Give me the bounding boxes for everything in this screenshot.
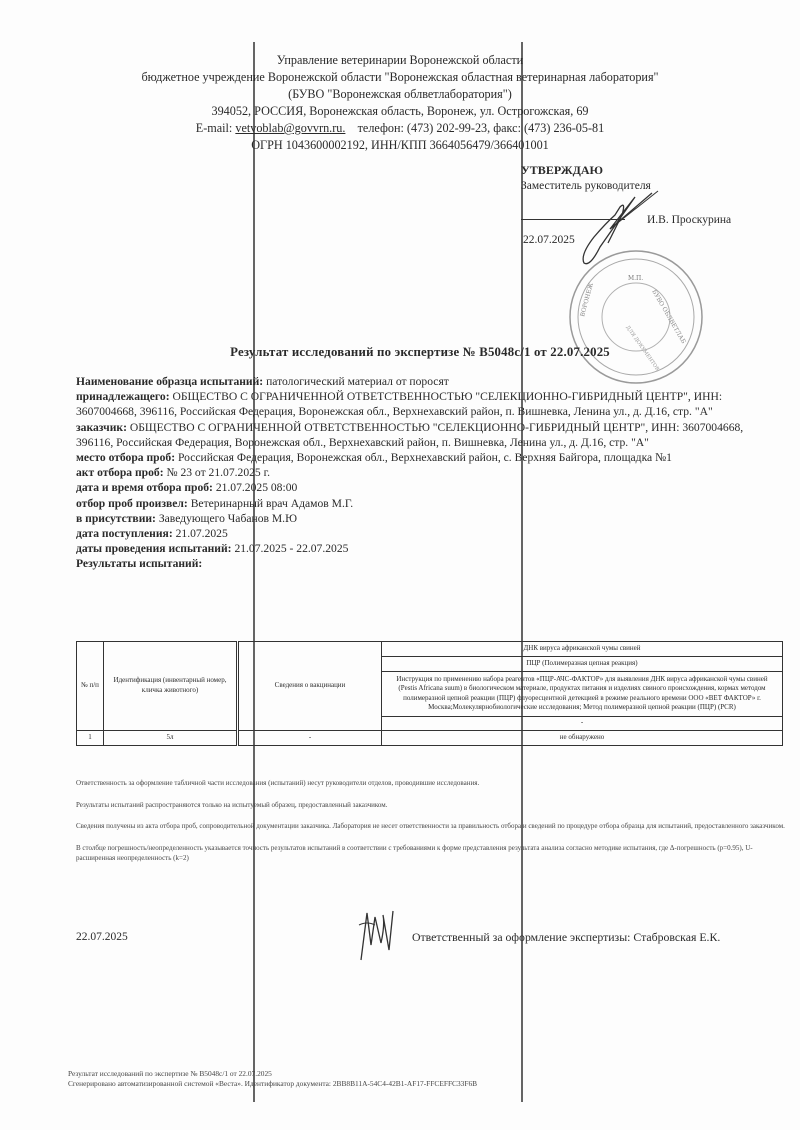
org-header: Управление ветеринарии Воронежской облас…	[0, 52, 800, 154]
phone-fax: телефон: (473) 202-99-23, факс: (473) 23…	[358, 121, 605, 135]
cell-identification: 5л	[104, 730, 238, 745]
header-line-1: Управление ветеринарии Воронежской облас…	[0, 52, 800, 69]
col-header-identification: Идентификация (инвентарный номер, кличка…	[104, 642, 238, 731]
col-header-norm: -	[382, 716, 783, 730]
email-link[interactable]: vetvoblab@govvrn.ru.	[235, 121, 345, 135]
header-line-2: бюджетное учреждение Воронежской области…	[0, 69, 800, 86]
responsible-person: Ответственный за оформление экспертизы: …	[412, 930, 720, 945]
note-2: Результаты испытаний распространяются то…	[76, 800, 786, 811]
approval-date: 22.07.2025	[523, 232, 575, 248]
header-address: 394052, РОССИЯ, Воронежская область, Вор…	[0, 103, 800, 120]
header-registration: ОГРН 1043600002192, ИНН/КПП 3664056479/3…	[0, 137, 800, 154]
footer-doc-id: Сгенерировано автоматизированной системо…	[68, 1079, 477, 1089]
col-header-number: № п/п	[77, 642, 104, 731]
field-received-date: дата поступления: 21.07.2025	[76, 526, 776, 541]
field-test-dates: даты проведения испытаний: 21.07.2025 - …	[76, 541, 776, 556]
table-header-row: № п/п Идентификация (инвентарный номер, …	[77, 642, 783, 657]
cell-number: 1	[77, 730, 104, 745]
seal-stamp-icon: М.П. БУВО ОБЛВЕТЛАБ ВОРОНЕЖ ДЛЯ ДОКУМЕНТ…	[566, 247, 706, 387]
field-sampling-place: место отбора проб: Российская Федерация,…	[76, 450, 776, 465]
table-row: 1 5л - не обнаружено	[77, 730, 783, 745]
footer-date: 22.07.2025	[76, 931, 128, 943]
col-header-method-short: ПЦР (Полимеразная цепная реакция)	[382, 657, 783, 672]
field-customer: заказчик: ОБЩЕСТВО С ОГРАНИЧЕННОЙ ОТВЕТС…	[76, 420, 776, 450]
col-header-test-name: ДНК вируса африканской чумы свиней	[382, 642, 783, 657]
field-sampling-act: акт отбора проб: № 23 от 21.07.2025 г.	[76, 465, 776, 480]
footer-doc-ref: Результат исследований по экспертизе № В…	[68, 1069, 477, 1079]
scan-line-left	[253, 42, 255, 1102]
header-contacts: E-mail: vetvoblab@govvrn.ru. телефон: (4…	[0, 120, 800, 137]
field-sample-name: Наименование образца испытаний: патологи…	[76, 374, 776, 389]
field-presence: в присутствии: Заведующего Чабанов М.Ю	[76, 511, 776, 526]
email-label: E-mail:	[196, 121, 233, 135]
svg-text:М.П.: М.П.	[628, 275, 643, 282]
notes-block: Ответственность за оформление табличной …	[76, 778, 786, 864]
field-results-heading: Результаты испытаний:	[76, 556, 776, 571]
note-1: Ответственность за оформление табличной …	[76, 778, 786, 789]
cell-result: не обнаружено	[382, 730, 783, 745]
note-3: Сведения получены из акта отбора проб, с…	[76, 821, 786, 832]
cell-vaccination: -	[238, 730, 382, 745]
note-4: В столбце погрешность/неопределенность у…	[76, 843, 786, 864]
document-title: Результат исследований по экспертизе № В…	[0, 345, 800, 360]
results-table: № п/п Идентификация (инвентарный номер, …	[76, 641, 783, 746]
header-line-3: (БУВО "Воронежская облветлаборатория")	[0, 86, 800, 103]
approval-title: УТВЕРЖДАЮ	[521, 162, 651, 178]
col-header-vaccination: Сведения о вакцинации	[238, 642, 382, 731]
svg-text:БУВО ОБЛВЕТЛАБ: БУВО ОБЛВЕТЛАБ	[650, 289, 687, 346]
field-sampled-by: отбор проб произвел: Ветеринарный врач А…	[76, 496, 776, 511]
col-header-method-doc: Инструкция по применению набора реагенто…	[382, 672, 783, 717]
system-footer: Результат исследований по экспертизе № В…	[68, 1069, 477, 1089]
sample-info: Наименование образца испытаний: патологи…	[76, 374, 776, 572]
field-owner: принадлежащего: ОБЩЕСТВО С ОГРАНИЧЕННОЙ …	[76, 389, 776, 419]
svg-text:ВОРОНЕЖ: ВОРОНЕЖ	[579, 282, 595, 318]
responsible-signature-icon	[353, 905, 403, 965]
field-sampling-datetime: дата и время отбора проб: 21.07.2025 08:…	[76, 480, 776, 495]
document-page: Управление ветеринарии Воронежской облас…	[0, 0, 800, 1130]
